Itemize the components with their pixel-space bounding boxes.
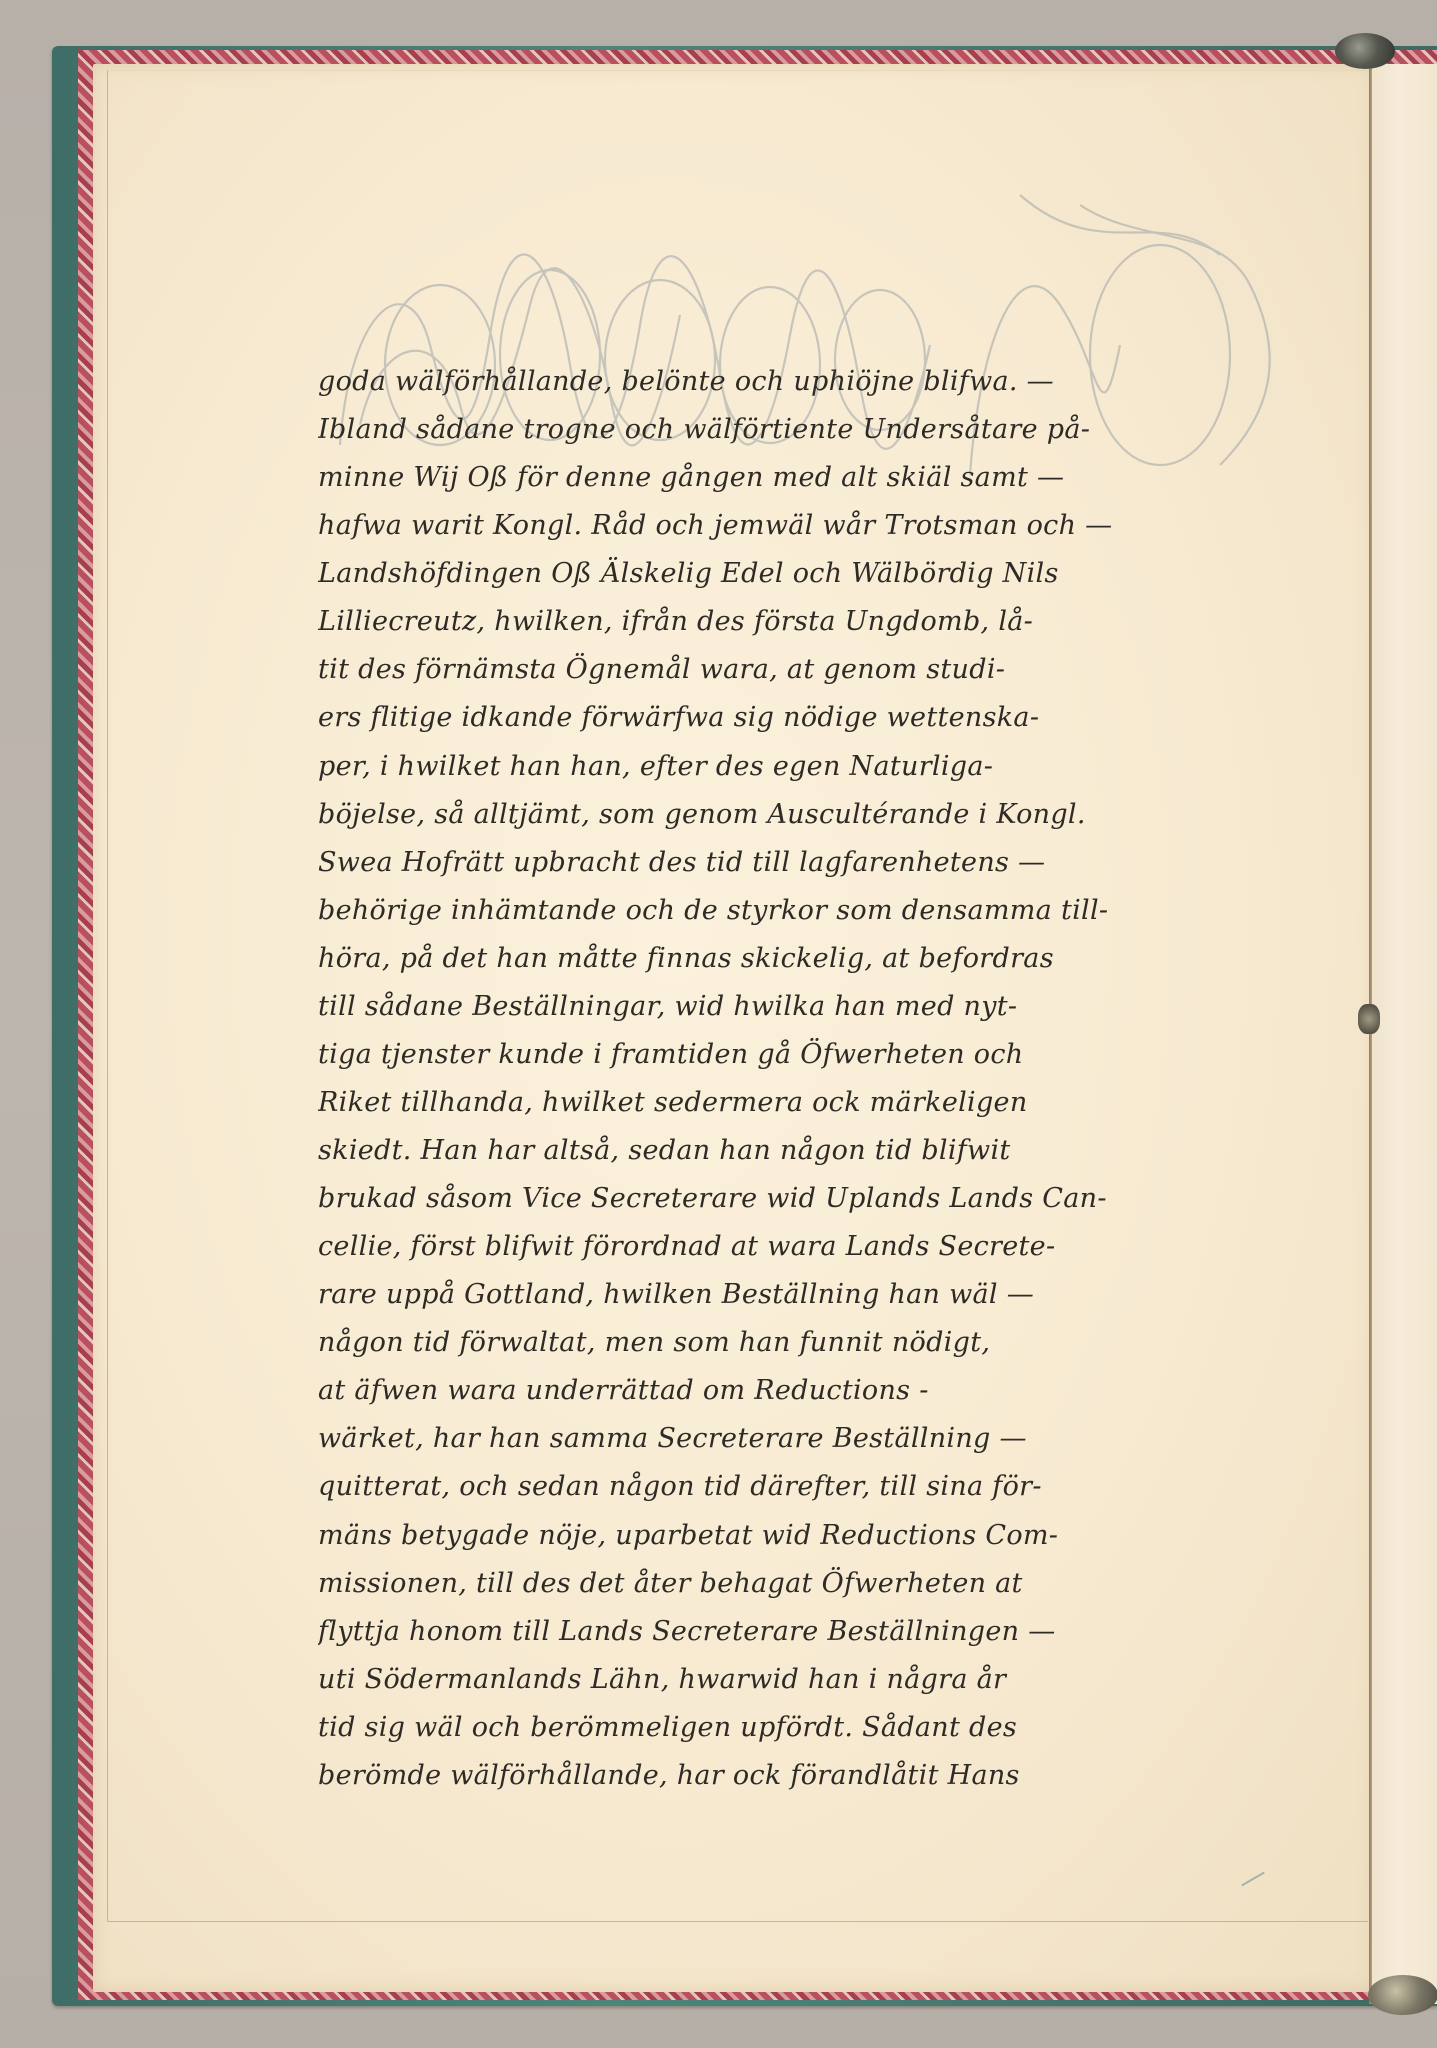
manuscript-line: tiga tjenster kunde i framtiden gå Öfwer… — [318, 1031, 1278, 1079]
manuscript-line: böjelse, så alltjämt, som genom Ausculté… — [318, 791, 1278, 839]
headband-bottom-icon — [1368, 1975, 1437, 2015]
manuscript-line: Ibland sådane trogne och wälförtiente Un… — [318, 406, 1278, 454]
manuscript-line: cellie, först blifwit förordnad at wara … — [318, 1223, 1278, 1271]
manuscript-line: rare uppå Gottland, hwilken Beställning … — [318, 1271, 1278, 1319]
manuscript-line: wärket, har han samma Secreterare Bestäl… — [318, 1415, 1278, 1463]
manuscript-line: minne Wij Oß för denne gången med alt sk… — [318, 454, 1278, 502]
manuscript-line: Swea Hofrätt upbracht des tid till lagfa… — [318, 839, 1278, 887]
manuscript-line: behörige inhämtande och de styrkor som d… — [318, 887, 1278, 935]
manuscript-line: uti Södermanlands Lähn, hwarwid han i nå… — [318, 1656, 1278, 1704]
manuscript-line: mäns betygade nöje, uparbetat wid Reduct… — [318, 1512, 1278, 1560]
manuscript-line: flyttja honom till Lands Secreterare Bes… — [318, 1608, 1278, 1656]
manuscript-line: hafwa warit Kongl. Råd och jemwäl wår Tr… — [318, 502, 1278, 550]
manuscript-line: at äfwen wara underrättad om Reductions … — [318, 1367, 1278, 1415]
manuscript-line: tid sig wäl och berömmeligen upfördt. Så… — [318, 1704, 1278, 1752]
manuscript-line: Lilliecreutz, hwilken, ifrån des första … — [318, 598, 1278, 646]
manuscript-line: goda wälförhållande, belönte och uphiöjn… — [318, 358, 1278, 406]
manuscript-line: någon tid förwaltat, men som han funnit … — [318, 1319, 1278, 1367]
manuscript-line: Riket tillhanda, hwilket sedermera ock m… — [318, 1079, 1278, 1127]
manuscript-line: tit des förnämsta Ögnemål wara, at genom… — [318, 646, 1278, 694]
manuscript-text-block: goda wälförhållande, belönte och uphiöjn… — [318, 358, 1278, 1800]
manuscript-line: Landshöfdingen Oß Älskelig Edel och Wälb… — [318, 550, 1278, 598]
manuscript-line: quitterat, och sedan någon tid därefter,… — [318, 1463, 1278, 1511]
manuscript-line: till sådane Beställningar, wid hwilka ha… — [318, 983, 1278, 1031]
manuscript-line: ers flitige idkande förwärfwa sig nödige… — [318, 694, 1278, 742]
facing-page-edge — [1372, 64, 1437, 2004]
headband-top-icon — [1335, 33, 1395, 69]
manuscript-line: skiedt. Han har altså, sedan han någon t… — [318, 1127, 1278, 1175]
manuscript-line: brukad såsom Vice Secreterare wid Upland… — [318, 1175, 1278, 1223]
manuscript-line: höra, på det han måtte finnas skickelig,… — [318, 935, 1278, 983]
manuscript-line: berömde wälförhållande, har ock förandlå… — [318, 1752, 1278, 1800]
manuscript-line: per, i hwilket han han, efter des egen N… — [318, 743, 1278, 791]
binding-thread-knot-icon — [1358, 1004, 1380, 1034]
manuscript-line: missionen, till des det åter behagat Öfw… — [318, 1560, 1278, 1608]
